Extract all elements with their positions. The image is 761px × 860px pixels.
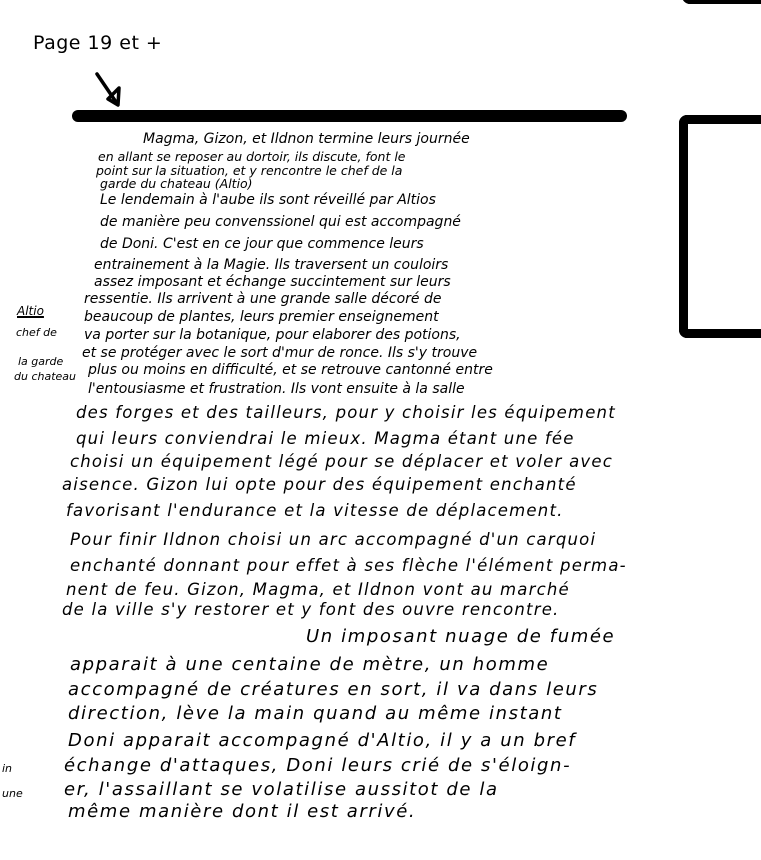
manuscript-line: et se protéger avec le sort d'mur de ron… — [82, 345, 477, 361]
page-frame-right-box — [679, 115, 761, 338]
manuscript-line: nent de feu. Gizon, Magma, et Ildnon von… — [66, 580, 570, 599]
manuscript-line: apparait à une centaine de mètre, un hom… — [70, 654, 549, 675]
manuscript-line: de la ville s'y restorer et y font des o… — [62, 600, 560, 619]
manuscript-line: Le lendemain à l'aube ils sont réveillé … — [100, 192, 436, 208]
manuscript-line: de Doni. C'est en ce jour que commence l… — [100, 236, 424, 252]
manuscript-line: beaucoup de plantes, leurs premier ensei… — [84, 309, 439, 325]
manuscript-line: même manière dont il est arrivé. — [68, 801, 416, 822]
page-frame-top-edge — [682, 0, 761, 4]
manuscript-line: choisi un équipement légé pour se déplac… — [70, 452, 613, 471]
manuscript-line: l'entousiasme et frustration. Ils vont e… — [88, 381, 465, 397]
manuscript-line: entrainement à la Magie. Ils traversent … — [94, 257, 448, 273]
manuscript-line: de manière peu convenssionel qui est acc… — [100, 214, 461, 230]
manuscript-line: échange d'attaques, Doni leurs crié de s… — [64, 755, 571, 776]
manuscript-line: er, l'assaillant se volatilise aussitot … — [64, 779, 499, 800]
margin-note-fragment: in — [2, 763, 12, 775]
manuscript-line: Pour finir Ildnon choisi un arc accompag… — [70, 530, 596, 549]
manuscript-line: Un imposant nuage de fumée — [306, 626, 615, 647]
manuscript-line: en allant se reposer au dortoir, ils dis… — [98, 149, 405, 164]
manuscript-line: garde du chateau (Altio) — [100, 176, 253, 191]
manuscript-line: accompagné de créatures en sort, il va d… — [68, 679, 598, 700]
margin-note-fragment: une — [2, 788, 23, 800]
manuscript-line: qui leurs conviendrai le mieux. Magma ét… — [76, 429, 575, 448]
manuscript-line: favorisant l'endurance et la vitesse de … — [66, 501, 564, 520]
manuscript-line: aisence. Gizon lui opte pour des équipem… — [62, 475, 577, 494]
manuscript-line: plus ou moins en difficulté, et se retro… — [88, 362, 493, 378]
manuscript-line: direction, lève la main quand au même in… — [68, 703, 563, 724]
manuscript-line: ressentie. Ils arrivent à une grande sal… — [84, 291, 441, 307]
section-divider-rule — [72, 110, 627, 122]
manuscript-line: va porter sur la botanique, pour elabore… — [84, 327, 461, 343]
manuscript-line: Magma, Gizon, et Ildnon termine leurs jo… — [143, 131, 470, 147]
margin-note-line: la garde — [18, 356, 63, 368]
manuscript-line: enchanté donnant pour effet à ses flèche… — [70, 556, 627, 575]
manuscript-line: assez imposant et échange succintement s… — [94, 274, 451, 290]
arrow-down-icon — [94, 72, 126, 108]
page-reference-note: Page 19 et + — [33, 32, 162, 54]
manuscript-line: des forges et des tailleurs, pour y choi… — [76, 403, 616, 422]
margin-note-line: chef de — [16, 327, 57, 339]
manuscript-line: Doni apparait accompagné d'Altio, il y a… — [68, 730, 576, 751]
margin-note-line: du chateau — [14, 371, 76, 383]
margin-note-title: Altio — [17, 305, 44, 317]
